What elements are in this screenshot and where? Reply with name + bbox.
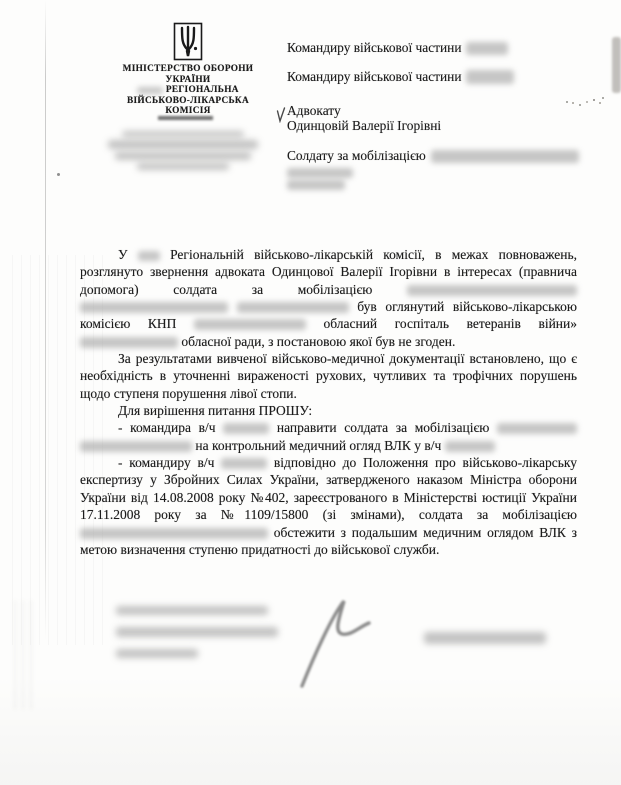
redacted-text — [466, 70, 514, 84]
redacted-text — [137, 87, 163, 94]
redacted-text — [237, 302, 349, 313]
redacted-text — [431, 150, 579, 163]
redacted-text — [223, 423, 269, 434]
letterhead-line: РЕГІОНАЛЬНА — [95, 85, 281, 96]
letterhead-line-text: МІНІСТЕРСТВО ОБОРОНИ — [123, 64, 254, 74]
recipient-line: Солдату за мобілізацією — [287, 148, 609, 163]
letterhead: МІНІСТЕРСТВО ОБОРОНИУКРАЇНИ РЕГІОНАЛЬНАВ… — [95, 22, 281, 117]
scanned-letter-page: МІНІСТЕРСТВО ОБОРОНИУКРАЇНИ РЕГІОНАЛЬНАВ… — [0, 0, 621, 785]
letterhead-line-text: РЕГІОНАЛЬНА — [166, 85, 239, 95]
letterhead-line-text: УКРАЇНИ — [166, 75, 211, 85]
recipient-soldier: Солдату за мобілізацією — [287, 148, 609, 190]
recipient-line: Командиру військової частини — [287, 69, 609, 84]
recipient-commander-2: Командиру військової частини — [287, 69, 609, 84]
recipient-line: Одинцовій Валерії Ігорівні — [287, 118, 609, 133]
letterhead-line: УКРАЇНИ — [95, 75, 281, 86]
redacted-text — [287, 168, 353, 178]
redacted-text — [116, 649, 198, 658]
redacted-text — [80, 302, 228, 313]
paragraph-request-2: - командиру в/ч відповідно до Положення … — [80, 454, 577, 558]
redacted-text — [424, 632, 546, 644]
redacted-text — [497, 423, 577, 434]
recipient-commander-1: Командиру військової частини — [287, 40, 609, 55]
redacted-text — [221, 458, 267, 469]
redacted-text — [137, 163, 229, 170]
redacted-text — [122, 131, 244, 137]
redacted-block — [287, 168, 609, 190]
letterhead-line: МІНІСТЕРСТВО ОБОРОНИ — [95, 64, 281, 75]
redacted-text — [407, 285, 577, 296]
recipients-block: Командиру військової частиниКомандиру ві… — [287, 40, 609, 192]
paragraph-request-1: - командира в/ч направити солдата за моб… — [80, 419, 577, 454]
ink-dot — [57, 173, 60, 176]
redacted-text — [80, 528, 268, 539]
redacted-text — [116, 606, 268, 615]
ukraine-trident-icon — [173, 22, 203, 62]
redacted-text — [466, 42, 508, 55]
recipient-line: Командиру військової частини — [287, 40, 609, 55]
recipient-advocate: АдвокатуОдинцовій Валерії Ігорівні — [287, 103, 609, 133]
scan-shadow — [0, 675, 621, 785]
redacted-text — [108, 140, 258, 149]
letterhead-line-text: КОМІСІЯ — [165, 106, 210, 116]
paragraph-request-header: Для вирішення питання ПРОШУ: — [80, 402, 577, 419]
handwritten-tick-icon — [276, 106, 286, 123]
recipient-line: Адвокату — [287, 103, 609, 118]
letterhead-line: ВІЙСЬКОВО-ЛІКАРСЬКА — [95, 96, 281, 107]
redacted-text — [115, 152, 251, 160]
redacted-text — [80, 337, 178, 348]
scan-edge-artifact — [612, 37, 621, 93]
signer-title-redacted — [116, 606, 278, 670]
letter-body: У Регіональній військово-лікарській комі… — [80, 246, 577, 558]
letterhead-org-name: МІНІСТЕРСТВО ОБОРОНИУКРАЇНИ РЕГІОНАЛЬНАВ… — [95, 64, 281, 117]
paragraph-intro: У Регіональній військово-лікарській комі… — [80, 246, 577, 350]
redacted-text — [287, 180, 345, 190]
paragraph-findings: За результатами вивченої військово-медич… — [80, 350, 577, 402]
redacted-text — [80, 441, 192, 452]
letterhead-rule — [158, 116, 213, 120]
handwritten-signature — [286, 594, 396, 690]
redacted-text — [194, 319, 306, 330]
letterhead-address-redacted — [103, 128, 263, 170]
redacted-text — [138, 251, 160, 261]
redacted-text — [116, 627, 278, 637]
redacted-text — [445, 441, 495, 452]
letterhead-line-text: ВІЙСЬКОВО-ЛІКАРСЬКА — [127, 96, 249, 106]
signer-name-redacted — [424, 632, 546, 644]
